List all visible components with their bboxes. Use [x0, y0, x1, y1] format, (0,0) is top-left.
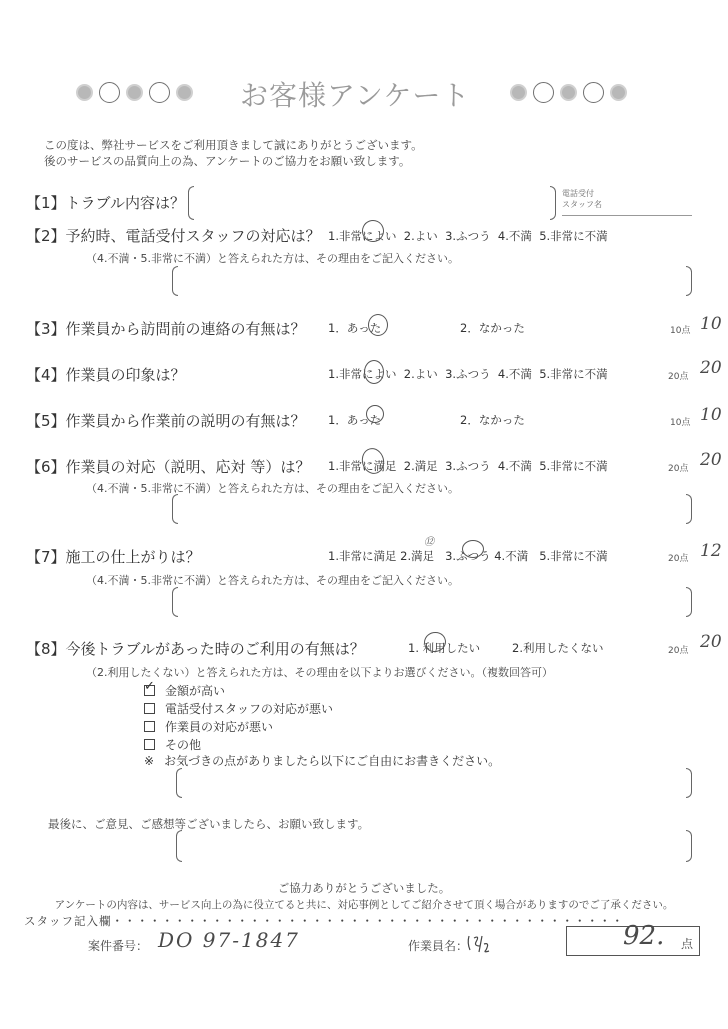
- question-5: 【5】作業員から作業前の説明の有無は？: [26, 410, 306, 431]
- thank-you-text: ご協力ありがとうございました。: [0, 880, 728, 896]
- question-label: 予約時、電話受付スタッフの対応は？: [66, 227, 321, 245]
- right-decoration: [510, 82, 627, 103]
- filled-dot-icon: [510, 84, 527, 101]
- selected-circle-mark: [364, 360, 384, 384]
- hollow-dot-icon: [149, 82, 170, 103]
- worker-signature[interactable]: [466, 932, 494, 958]
- max-points: 20点: [668, 551, 688, 564]
- checkbox-label: 金額が高い: [165, 684, 225, 698]
- signature-icon: [466, 932, 494, 954]
- handwritten-score: 10: [700, 405, 722, 425]
- comment-bracket-left: [176, 768, 182, 798]
- reason-bracket-right: [686, 494, 692, 524]
- total-score-box[interactable]: 92. 点: [566, 926, 700, 956]
- header: お客様アンケート: [0, 74, 728, 114]
- reason-bracket-left: [172, 266, 178, 296]
- question-2: 【2】予約時、電話受付スタッフの対応は？: [26, 225, 321, 246]
- intro-line-1: この度は、弊社サービスをご利用頂きまして誠にありがとうございます。: [44, 137, 423, 153]
- max-points: 20点: [668, 369, 688, 382]
- question-4: 【4】作業員の印象は？: [26, 364, 186, 385]
- handwritten-score: 20: [700, 358, 722, 378]
- final-comments-field[interactable]: [184, 832, 680, 860]
- checkbox[interactable]: [144, 739, 155, 750]
- answer-bracket-left: [188, 186, 194, 220]
- hollow-dot-icon: [583, 82, 604, 103]
- case-number-value[interactable]: DO 97-1847: [158, 928, 300, 952]
- option-1[interactable]: 1.非常に満足: [328, 549, 396, 563]
- selected-circle-mark: [368, 314, 388, 336]
- hollow-dot-icon: [533, 82, 554, 103]
- option-1[interactable]: 1.非常によい: [328, 367, 396, 381]
- question-label: 作業員から訪問前の連絡の有無は？: [66, 320, 306, 338]
- question-number: 【5】: [26, 412, 66, 430]
- question-label: 今後トラブルがあった時のご利用の有無は？: [66, 640, 365, 658]
- answer-bracket-right: [550, 186, 556, 220]
- question-6: 【6】作業員の対応（説明、応対 等）は？: [26, 456, 310, 477]
- checkbox[interactable]: [144, 721, 155, 732]
- max-points: 20点: [668, 461, 688, 474]
- question-number: 【1】: [26, 194, 66, 212]
- option-3[interactable]: 3.ふつう: [445, 229, 490, 243]
- question-2-reason-prompt: （4.不満・5.非常に不満）と答えられた方は、その理由をご記入ください。: [86, 250, 459, 266]
- free-comment-field[interactable]: [184, 770, 680, 796]
- option-2[interactable]: 2．なかった: [460, 412, 525, 428]
- reason-bracket-left: [172, 494, 178, 524]
- question-6-reason-field[interactable]: [180, 496, 680, 522]
- question-7: 【7】施工の仕上がりは？: [26, 546, 201, 567]
- option-4[interactable]: 4.不満: [498, 229, 532, 243]
- reason-bracket-left: [172, 587, 178, 617]
- filled-dot-icon: [560, 84, 577, 101]
- final-bracket-left: [176, 830, 182, 862]
- question-label: 作業員の対応（説明、応対 等）は？: [66, 458, 311, 476]
- option-2[interactable]: 2.よい: [404, 367, 438, 381]
- reference-mark-icon: ※: [144, 754, 154, 768]
- question-number: 【3】: [26, 320, 66, 338]
- option-2[interactable]: 2.満足: [400, 549, 434, 563]
- hollow-dot-icon: [99, 82, 120, 103]
- question-label: 作業員から作業前の説明の有無は？: [66, 412, 306, 430]
- score-unit: 点: [681, 935, 693, 952]
- filled-dot-icon: [76, 84, 93, 101]
- final-bracket-right: [686, 830, 692, 862]
- disclaimer-text: アンケートの内容は、サービス向上の為に役立てると共に、対応事例としてご紹介させて…: [0, 897, 728, 912]
- option-3[interactable]: 3.ふつう: [445, 459, 490, 473]
- option-2[interactable]: 2.よい: [404, 229, 438, 243]
- question-number: 【2】: [26, 227, 66, 245]
- intro-line-2: 後のサービスの品質向上の為、アンケートのご協力をお願い致します。: [44, 153, 423, 169]
- total-score-value: 92.: [623, 921, 664, 951]
- option-5[interactable]: 5.非常に不満: [539, 367, 607, 381]
- question-label: トラブル内容は？: [66, 194, 185, 212]
- question-1: 【1】トラブル内容は？: [26, 192, 185, 213]
- filled-dot-icon: [126, 84, 143, 101]
- left-decoration: [76, 82, 193, 103]
- option-5[interactable]: 5.非常に不満: [539, 229, 607, 243]
- question-2-reason-field[interactable]: [180, 268, 680, 294]
- reason-checkbox-phone-staff[interactable]: 電話受付スタッフの対応が悪い: [144, 700, 333, 717]
- question-7-reason-prompt: （4.不満・5.非常に不満）と答えられた方は、その理由をご記入ください。: [86, 572, 459, 588]
- worker-name-label: 作業員名：: [408, 937, 468, 954]
- trouble-content-field[interactable]: [196, 188, 546, 218]
- option-2[interactable]: 2.満足: [404, 459, 438, 473]
- free-comment-note: ※お気づきの点がありましたら以下にご自由にお書きください。: [144, 752, 500, 769]
- reason-checkbox-worker[interactable]: 作業員の対応が悪い: [144, 718, 273, 735]
- max-points: 20点: [668, 643, 688, 656]
- staff-section-label: スタッフ記入欄・・・・・・・・・・・・・・・・・・・・・・・・・・・・・・・・・…: [24, 913, 624, 929]
- checkbox-label: 作業員の対応が悪い: [165, 720, 273, 734]
- final-comments-prompt: 最後に、ご意見、ご感想等ございましたら、お願い致します。: [48, 816, 369, 832]
- question-8: 【8】今後トラブルがあった時のご利用の有無は？: [26, 638, 365, 659]
- checkbox[interactable]: [144, 703, 155, 714]
- question-8-reason-prompt: （2.利用したくない）と答えられた方は、その理由を以下よりお選びください。（複数…: [86, 664, 553, 680]
- question-6-reason-prompt: （4.不満・5.非常に不満）と答えられた方は、その理由をご記入ください。: [86, 480, 459, 496]
- handwritten-score: 10: [700, 314, 722, 334]
- question-number: 【6】: [26, 458, 66, 476]
- reason-checkbox-other[interactable]: その他: [144, 736, 201, 753]
- max-points: 10点: [670, 415, 690, 428]
- checkbox[interactable]: ✓: [144, 685, 155, 696]
- page-title: お客様アンケート: [240, 74, 470, 114]
- reason-bracket-right: [686, 266, 692, 296]
- handwritten-score: 20: [700, 450, 722, 470]
- question-number: 【8】: [26, 640, 66, 658]
- question-number: 【7】: [26, 548, 66, 566]
- question-3: 【3】作業員から訪問前の連絡の有無は？: [26, 318, 306, 339]
- reason-checkbox-price[interactable]: ✓金額が高い: [144, 682, 225, 699]
- staff-label-line-1: 電話受付: [562, 188, 692, 199]
- handwritten-score: 20: [700, 632, 722, 652]
- intro-text: この度は、弊社サービスをご利用頂きまして誠にありがとうございます。 後のサービス…: [44, 137, 423, 169]
- comment-bracket-right: [686, 768, 692, 798]
- option-3[interactable]: 3.ふつう: [445, 367, 490, 381]
- option-4[interactable]: 4.不満: [498, 459, 532, 473]
- filled-dot-icon: [610, 84, 627, 101]
- checkmark-icon: ✓: [144, 679, 155, 694]
- option-5[interactable]: 5.非常に不満: [539, 459, 607, 473]
- selected-circle-mark: [366, 405, 384, 423]
- handwritten-score: 12: [700, 541, 722, 561]
- option-4[interactable]: 4.不満: [494, 549, 528, 563]
- case-number-label: 案件番号：: [88, 937, 148, 954]
- handwritten-annotation: ⑫: [424, 533, 434, 548]
- reason-bracket-right: [686, 587, 692, 617]
- question-number: 【4】: [26, 366, 66, 384]
- selected-circle-mark: [462, 540, 484, 558]
- option-5[interactable]: 5.非常に不満: [539, 549, 607, 563]
- checkbox-label: その他: [165, 738, 201, 752]
- question-label: 作業員の印象は？: [66, 366, 186, 384]
- staff-label-line-2: スタッフ名: [562, 199, 692, 210]
- option-4[interactable]: 4.不満: [498, 367, 532, 381]
- note-text: お気づきの点がありましたら以下にご自由にお書きください。: [164, 754, 500, 768]
- option-2[interactable]: 2．なかった: [460, 320, 525, 336]
- question-label: 施工の仕上がりは？: [66, 548, 201, 566]
- question-7-reason-field[interactable]: [180, 589, 680, 615]
- max-points: 10点: [670, 323, 690, 336]
- phone-staff-name-field[interactable]: 電話受付 スタッフ名: [562, 188, 692, 216]
- option-2[interactable]: 2.利用したくない: [512, 640, 603, 656]
- checkbox-label: 電話受付スタッフの対応が悪い: [165, 702, 333, 716]
- filled-dot-icon: [176, 84, 193, 101]
